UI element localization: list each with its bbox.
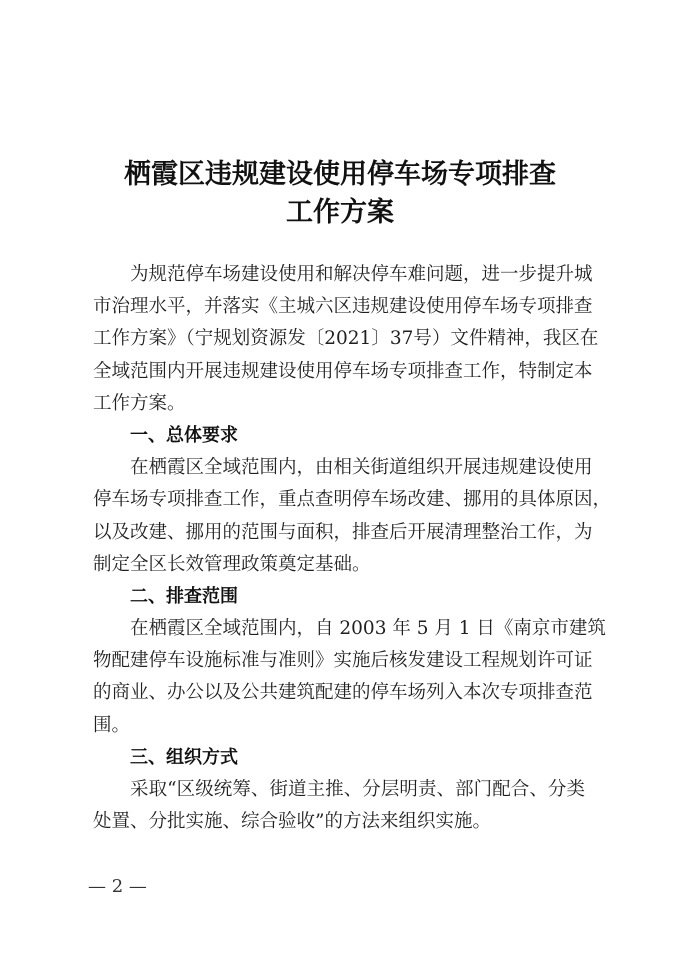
paragraph-line: 市治理水平，并落实《主城六区违规建设使用停车场专项排查 xyxy=(93,291,585,323)
document-page: 栖霞区违规建设使用停车场专项排查 工作方案 为规范停车场建设使用和解决停车难问题… xyxy=(0,0,680,962)
section-heading: 二、排查范围 xyxy=(93,581,585,613)
page-number: — 2 — xyxy=(88,876,147,897)
paragraph-line: 采取“区级统筹、街道主推、分层明责、部门配合、分类 xyxy=(93,774,585,806)
paragraph-line: 物配建停车设施标准与准则》实施后核发建设工程规划许可证 xyxy=(93,645,585,677)
paragraph-line: 以及改建、挪用的范围与面积，排查后开展清理整治工作，为 xyxy=(93,517,585,549)
section-heading: 三、组织方式 xyxy=(93,742,585,774)
paragraph-line: 的商业、办公以及公共建筑配建的停车场列入本次专项排查范 xyxy=(93,677,585,709)
section-general-requirements: 一、总体要求 在栖霞区全域范围内，由相关街道组织开展违规建设使用 停车场专项排查… xyxy=(93,420,585,581)
document-body: 为规范停车场建设使用和解决停车难问题，进一步提升城 市治理水平，并落实《主城六区… xyxy=(93,259,585,838)
title-line-1: 栖霞区违规建设使用停车场专项排查 xyxy=(0,156,680,194)
paragraph-line: 围。 xyxy=(93,710,585,742)
section-organization-method: 三、组织方式 采取“区级统筹、街道主推、分层明责、部门配合、分类 处置、分批实施… xyxy=(93,742,585,839)
section-heading: 一、总体要求 xyxy=(93,420,585,452)
paragraph-line: 处置、分批实施、综合验收”的方法来组织实施。 xyxy=(93,806,585,838)
paragraph-line: 在栖霞区全域范围内，自 2003 年 5 月 1 日《南京市建筑 xyxy=(93,613,585,645)
section-inspection-scope: 二、排查范围 在栖霞区全域范围内，自 2003 年 5 月 1 日《南京市建筑 … xyxy=(93,581,585,742)
paragraph-line: 在栖霞区全域范围内，由相关街道组织开展违规建设使用 xyxy=(93,452,585,484)
paragraph-line: 为规范停车场建设使用和解决停车难问题，进一步提升城 xyxy=(93,259,585,291)
paragraph-line: 工作方案》（宁规划资源发〔2021〕37号）文件精神，我区在 xyxy=(93,323,585,355)
paragraph-line: 工作方案。 xyxy=(93,388,585,420)
paragraph-line: 全域范围内开展违规建设使用停车场专项排查工作，特制定本 xyxy=(93,356,585,388)
paragraph-line: 停车场专项排查工作，重点查明停车场改建、挪用的具体原因， xyxy=(93,484,585,516)
paragraph-line: 制定全区长效管理政策奠定基础。 xyxy=(93,549,585,581)
document-title: 栖霞区违规建设使用停车场专项排查 工作方案 xyxy=(0,156,680,232)
intro-paragraph: 为规范停车场建设使用和解决停车难问题，进一步提升城 市治理水平，并落实《主城六区… xyxy=(93,259,585,420)
title-line-2: 工作方案 xyxy=(0,194,680,232)
